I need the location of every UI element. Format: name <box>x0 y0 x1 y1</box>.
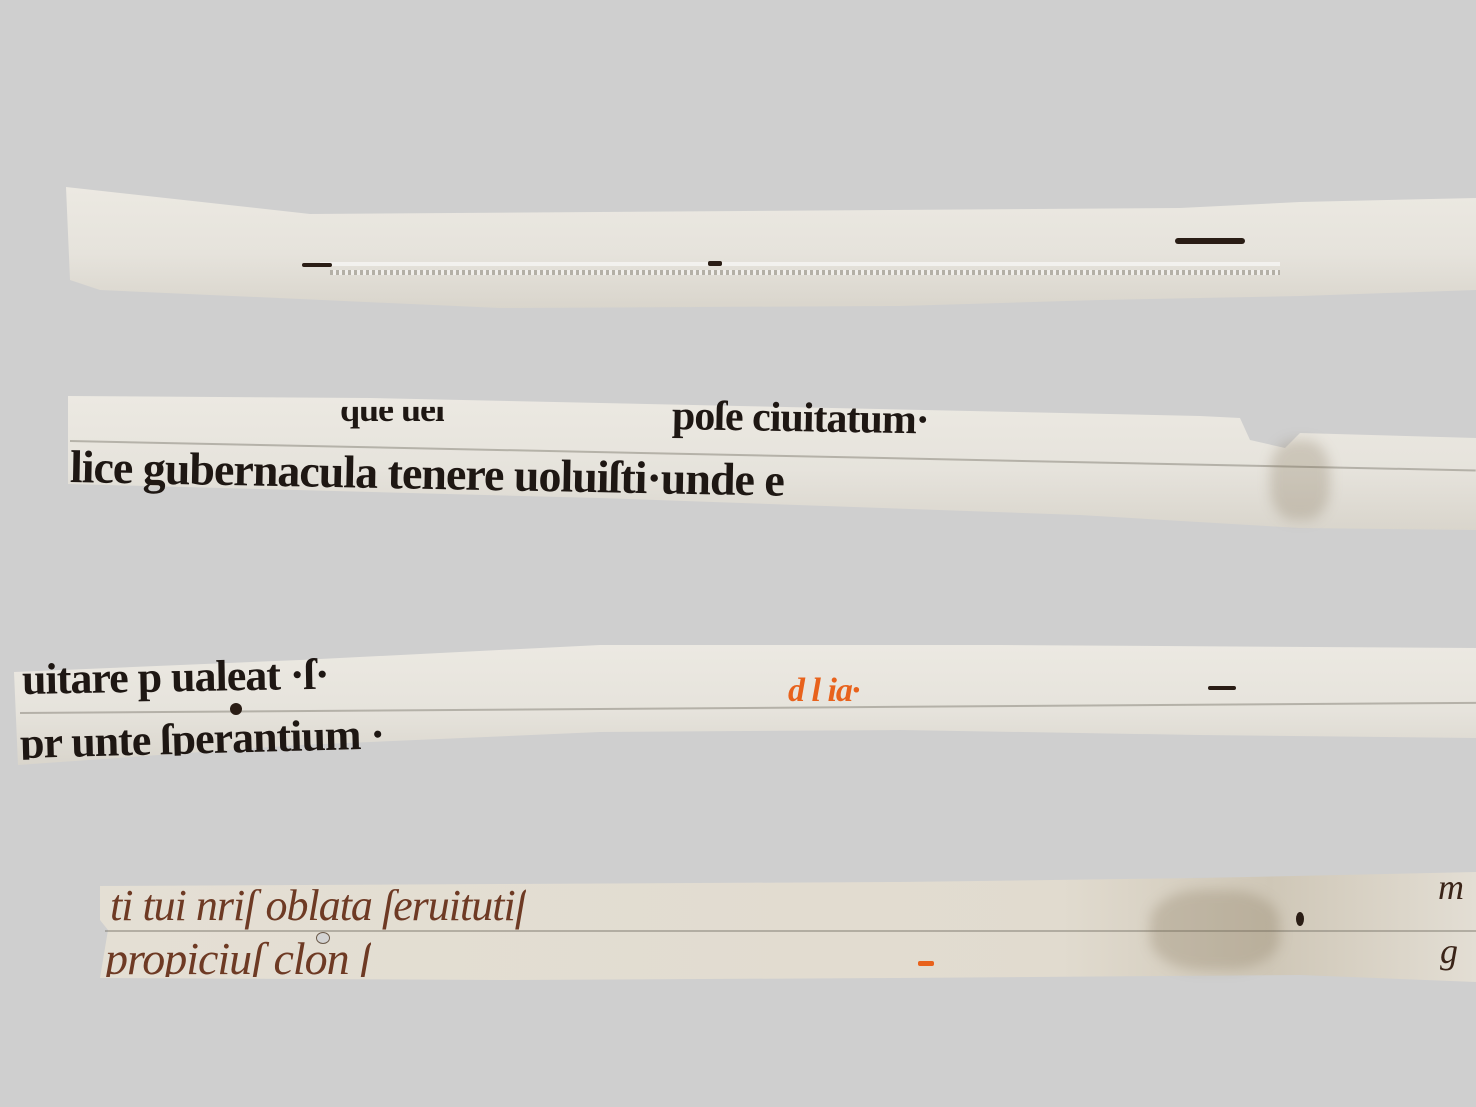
strip-4-red-mark <box>918 961 934 966</box>
strip-1-slit-left <box>302 263 332 267</box>
strip-3-hole <box>230 703 242 715</box>
strip-3-line-top: uitare p ualeat ·ſ· <box>22 649 329 705</box>
strip-3-slit <box>1208 686 1236 690</box>
manuscript-strips-photo: que uei poſe ciuitatum· lice gubernacula… <box>0 0 1476 1107</box>
strip-3-rubric: d l ia· <box>788 672 859 710</box>
strip-4-edge-top: m <box>1438 866 1463 908</box>
strip-1-cord <box>330 270 1280 275</box>
strip-2-stain <box>1270 440 1330 520</box>
strip-1-slit-mid <box>708 261 722 266</box>
strip-1 <box>66 187 1476 308</box>
strip-1-tear <box>1175 238 1245 244</box>
strip-4-edge-bottom: g <box>1440 930 1457 972</box>
strip-1-fold <box>320 262 1280 266</box>
strip-4-stain <box>1150 890 1280 970</box>
strip-2-line-top: poſe ciuitatum· <box>672 392 930 444</box>
strip-4-hole <box>316 932 330 944</box>
strip-4-nail-hole <box>1296 912 1304 926</box>
